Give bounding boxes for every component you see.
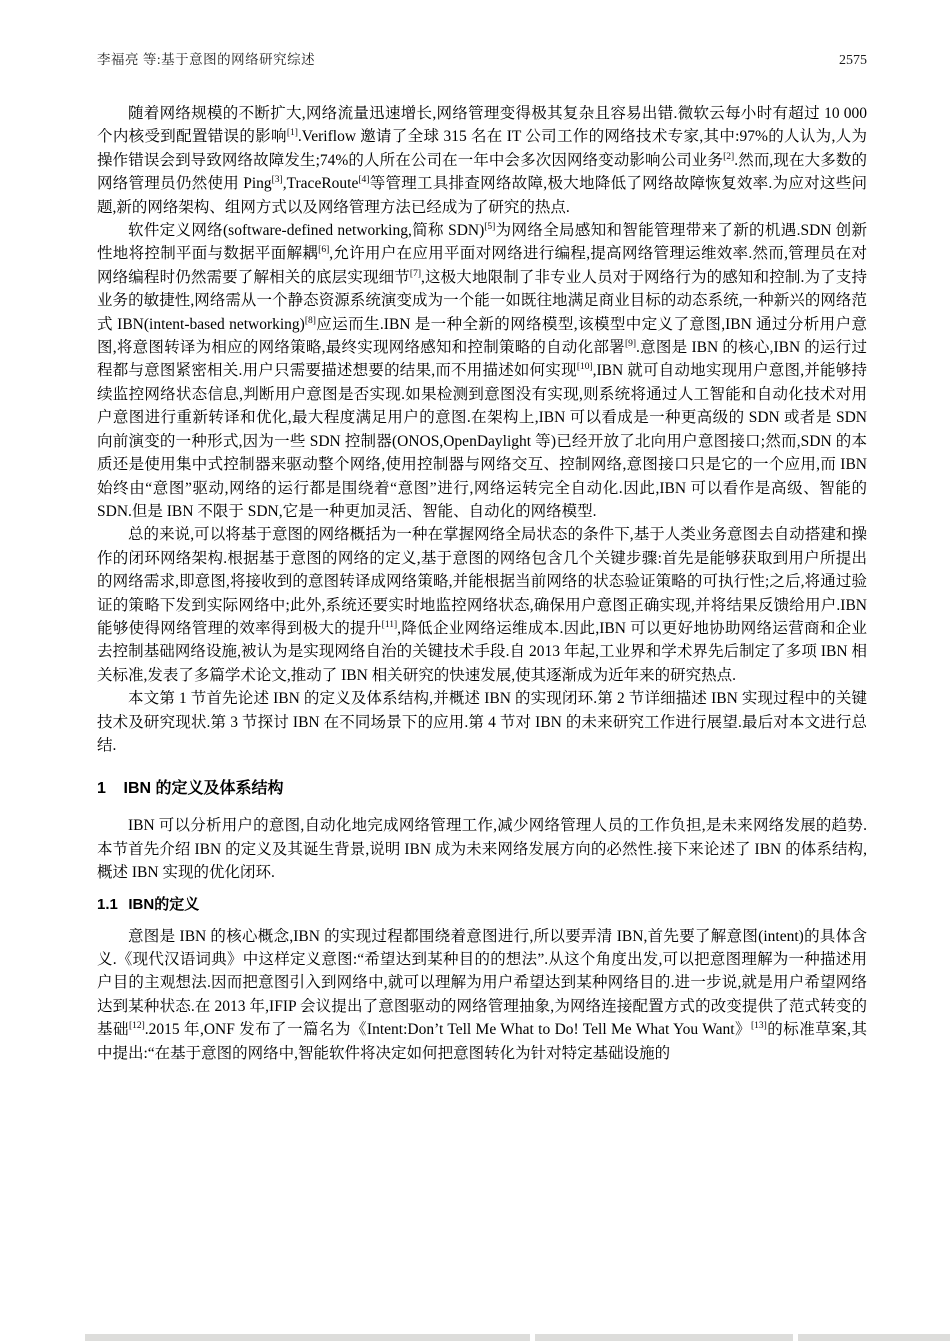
text-run: ,TraceRoute (283, 175, 359, 192)
reference-marker: [3] (272, 175, 283, 185)
reference-marker: [11] (382, 620, 397, 630)
running-title: 李福亮 等:基于意图的网络研究综述 (97, 48, 315, 68)
text-run: 本文第 1 节首先论述 IBN 的定义及体系结构,并概述 IBN 的实现闭环.第… (97, 690, 867, 754)
bottom-bar-segment (85, 1334, 530, 1341)
reference-marker: [2] (723, 152, 734, 162)
section-heading: 1IBN 的定义及体系结构 (97, 777, 867, 801)
text-run: .2015 年,ONF 发布了一篇名为《Intent:Don’t Tell Me… (145, 1021, 751, 1038)
paragraph: 总的来说,可以将基于意图的网络概括为一种在掌握网络全局状态的条件下,基于人类业务… (97, 523, 867, 687)
page-number: 2575 (839, 53, 867, 69)
paragraph: 本文第 1 节首先论述 IBN 的定义及体系结构,并概述 IBN 的实现闭环.第… (97, 687, 867, 757)
paragraph: 意图是 IBN 的核心概念,IBN 的实现过程都围绕着意图进行,所以要弄清 IB… (97, 925, 867, 1065)
bottom-bar-segment (535, 1334, 793, 1341)
bottom-edge-bar (85, 1334, 950, 1341)
reference-marker: [8] (305, 316, 316, 326)
heading-number: 1.1 (97, 896, 118, 913)
reference-marker: [1] (287, 128, 298, 138)
paragraph: IBN 可以分析用户的意图,自动化地完成网络管理工作,减少网络管理人员的工作负担… (97, 814, 867, 884)
text-run: 软件定义网络(software-defined networking,简称 SD… (128, 222, 484, 239)
reference-marker: [10] (577, 362, 593, 372)
reference-marker: [9] (625, 339, 636, 349)
bottom-bar-segment (798, 1334, 950, 1341)
reference-marker: [4] (358, 175, 369, 185)
text-run: IBN 可以分析用户的意图,自动化地完成网络管理工作,减少网络管理人员的工作负担… (97, 817, 867, 881)
text-run: ,IBN 就可自动地实现用户意图,并能够持续监控网络状态信息,判断用户意图是否实… (97, 362, 867, 519)
reference-marker: [12] (129, 1021, 145, 1031)
reference-marker: [6] (318, 245, 329, 255)
reference-marker: [13] (751, 1021, 767, 1031)
reference-marker: [7] (410, 269, 421, 279)
reference-marker: [5] (484, 222, 495, 232)
paper-page: 李福亮 等:基于意图的网络研究综述 2575 随着网络规模的不断扩大,网络流量迅… (0, 0, 950, 1341)
article-body: 随着网络规模的不断扩大,网络流量迅速增长,网络管理变得极其复杂且容易出错.微软云… (97, 102, 867, 1065)
subsection-heading: 1.1IBN的定义 (97, 894, 867, 916)
paragraph: 软件定义网络(software-defined networking,简称 SD… (97, 219, 867, 523)
page-header: 李福亮 等:基于意图的网络研究综述 2575 (97, 48, 867, 69)
paragraph: 随着网络规模的不断扩大,网络流量迅速增长,网络管理变得极其复杂且容易出错.微软云… (97, 102, 867, 219)
heading-number: 1 (97, 780, 106, 797)
heading-text: IBN的定义 (128, 896, 199, 913)
heading-text: IBN 的定义及体系结构 (124, 780, 284, 797)
